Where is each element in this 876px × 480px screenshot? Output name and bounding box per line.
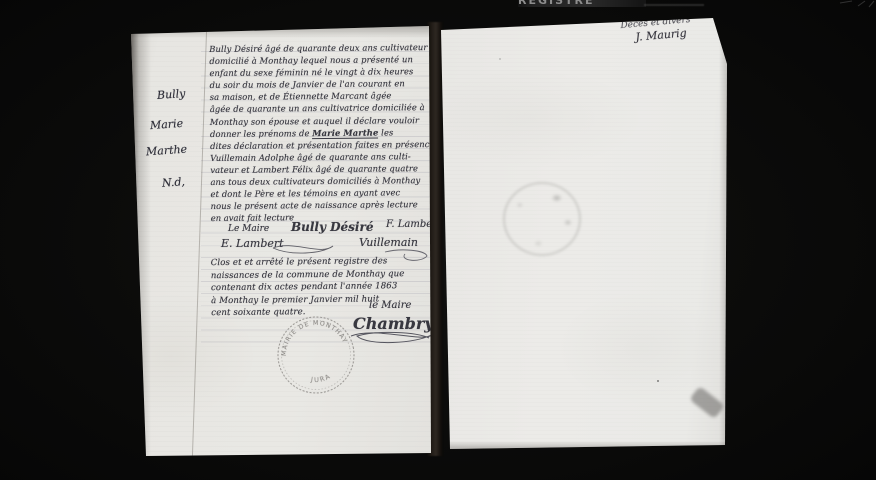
mairie-stamp: MAIRIE DE MONTHAY JURA <box>267 306 364 403</box>
margin-firstname: Marie <box>150 117 184 132</box>
mayor-label-signature: Le Maire <box>228 224 269 234</box>
birth-act-text: Bully Désiré âgé de quarante deux ans cu… <box>209 41 431 224</box>
corner-glare-marks <box>838 0 876 10</box>
header-fragment-text: REGISTRE <box>518 0 646 7</box>
left-page-edge-shadow <box>131 26 151 456</box>
svg-text:JURA: JURA <box>308 371 333 386</box>
margin-middlename: Marthe <box>146 143 188 159</box>
speck <box>657 380 659 382</box>
register-page-left: Bully Marie Marthe N.d, Bully Désiré âgé… <box>131 26 431 456</box>
bleed-through-stamp <box>503 182 581 256</box>
stamp-arc-bottom-text: JURA <box>308 371 333 386</box>
names-line-pre: donner les prénoms de <box>210 128 312 139</box>
child-given-names: Marie Marthe <box>312 127 378 139</box>
act-line: nous le présent acte de naissance après … <box>211 198 431 212</box>
act-line: Monthay son épouse et auquel il déclare … <box>210 114 430 128</box>
signature-flourish <box>271 242 335 256</box>
stamp-arc-top-text: MAIRIE DE MONTHAY <box>275 314 349 358</box>
register-page-right: Décès et divers J. Maurig <box>441 18 733 450</box>
speck <box>499 58 501 60</box>
margin-note-abbrev: N.d, <box>162 175 186 190</box>
left-page-top-shadow <box>131 26 431 38</box>
right-page-edge-shadow <box>719 18 733 450</box>
archivist-corner-note: Décès et divers J. Maurig <box>620 18 692 45</box>
svg-text:MAIRIE DE MONTHAY: MAIRIE DE MONTHAY <box>275 314 349 358</box>
mayor-label-closure: le Maire <box>369 300 411 311</box>
header-fragment-underline <box>644 4 704 6</box>
mayor-signature-flourish <box>347 328 431 346</box>
witness-signature-f-lambert: F. Lambert <box>386 219 431 230</box>
cut-off-header-fragment: REGISTRE <box>518 0 646 7</box>
margin-surname: Bully <box>157 87 186 102</box>
names-line-post: les <box>378 127 393 137</box>
right-page-bottom-shadow <box>441 441 733 450</box>
closure-line: contenant dix actes pendant l'année 1863 <box>211 280 429 295</box>
scanned-register-view: REGISTRE Bully Marie Marthe N.d, Bully D… <box>0 0 876 480</box>
father-signature: Bully Désiré <box>291 220 373 234</box>
act-line: du soir du mois de Janvier de l'an coura… <box>210 77 430 91</box>
